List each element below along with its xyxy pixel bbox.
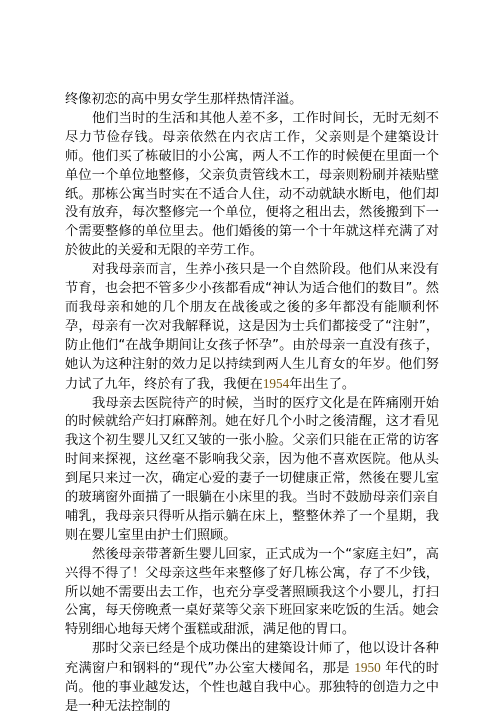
paragraph-1: 终像初恋的高中男女学生那样热情洋溢。	[65, 91, 439, 110]
paragraph-5: 然後母亲带著新生婴儿回家，正式成为一个“家庭主妇”，高兴得不得了！父母亲这些年来…	[65, 546, 439, 641]
paragraph-4: 我母亲去医院待产的时候，当时的医疗文化是在阵痛刚开始的时候就给产妇打麻醉剂。她在…	[65, 395, 439, 546]
paragraph-6: 那时父亲已经是个成功傑出的建築设计师了，他以设计各种充满窗户和钢料的“现代”办公…	[65, 640, 439, 711]
paragraph-text: 他们当时的生活和其他人差不多，工作时间长，无时无刻不尽力节俭存钱。母亲依然在内衣…	[65, 111, 439, 258]
paragraph-2: 他们当时的生活和其他人差不多，工作时间长，无时无刻不尽力节俭存钱。母亲依然在内衣…	[65, 110, 439, 261]
year-1950: 1950	[354, 660, 380, 675]
paragraph-3: 对我母亲而言，生养小孩只是一个自然阶段。他们从来没有节育，也会把不管多少小孩都看…	[65, 261, 439, 394]
year-1954: 1954	[263, 376, 289, 391]
paragraph-text: 终像初恋的高中男女学生那样热情洋溢。	[65, 92, 302, 107]
paragraph-text: 我母亲去医院待产的时候，当时的医疗文化是在阵痛刚开始的时候就给产妇打麻醉剂。她在…	[65, 396, 439, 543]
paragraph-text: 年出生了。	[289, 377, 355, 392]
document-page: 终像初恋的高中男女学生那样热情洋溢。 他们当时的生活和其他人差不多，工作时间长，…	[65, 91, 439, 711]
paragraph-text: 对我母亲而言，生养小孩只是一个自然阶段。他们从来没有节育，也会把不管多少小孩都看…	[65, 262, 439, 391]
paragraph-text: 然後母亲带著新生婴儿回家，正式成为一个“家庭主妇”，高兴得不得了！父母亲这些年来…	[65, 547, 439, 638]
